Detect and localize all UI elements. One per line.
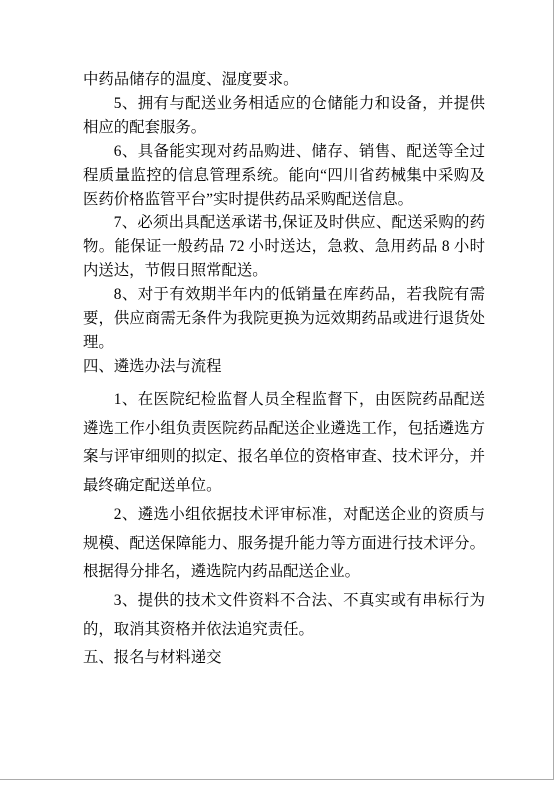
paragraph-item-7: 7、必须出具配送承诺书,保证及时供应、配送采购的药物。能保证一般药品 72 小时… <box>83 211 485 283</box>
paragraph-item-2: 2、遴选小组依据技术评审标准，对配送企业的资质与规模、配送保障能力、服务提升能力… <box>83 501 485 587</box>
document-body-upper: 中药品储存的温度、湿度要求。 5、拥有与配送业务相适应的仓储能力和设备，并提供相… <box>83 68 485 379</box>
paragraph-item-8: 8、对于有效期半年内的低销量在库药品，若我院有需要，供应商需无条件为我院更换为远… <box>83 283 485 355</box>
section-heading-5: 五、报名与材料递交 <box>83 644 485 673</box>
paragraph-item-1: 1、在医院纪检监督人员全程监督下，由医院药品配送遴选工作小组负责医院药品配送企业… <box>83 386 485 501</box>
document-body-lower: 1、在医院纪检监督人员全程监督下，由医院药品配送遴选工作小组负责医院药品配送企业… <box>83 386 485 673</box>
paragraph-item-6: 6、具备能实现对药品购进、储存、销售、配送等全过程质量监控的信息管理系统。能向“… <box>83 140 485 212</box>
document-page: 中药品储存的温度、湿度要求。 5、拥有与配送业务相适应的仓储能力和设备，并提供相… <box>0 0 554 780</box>
section-heading-4: 四、遴选办法与流程 <box>83 355 485 379</box>
paragraph-continuation: 中药品储存的温度、湿度要求。 <box>83 68 485 92</box>
paragraph-item-5: 5、拥有与配送业务相适应的仓储能力和设备，并提供相应的配套服务。 <box>83 92 485 140</box>
paragraph-item-3: 3、提供的技术文件资料不合法、不真实或有串标行为的，取消其资格并依法追究责任。 <box>83 587 485 644</box>
